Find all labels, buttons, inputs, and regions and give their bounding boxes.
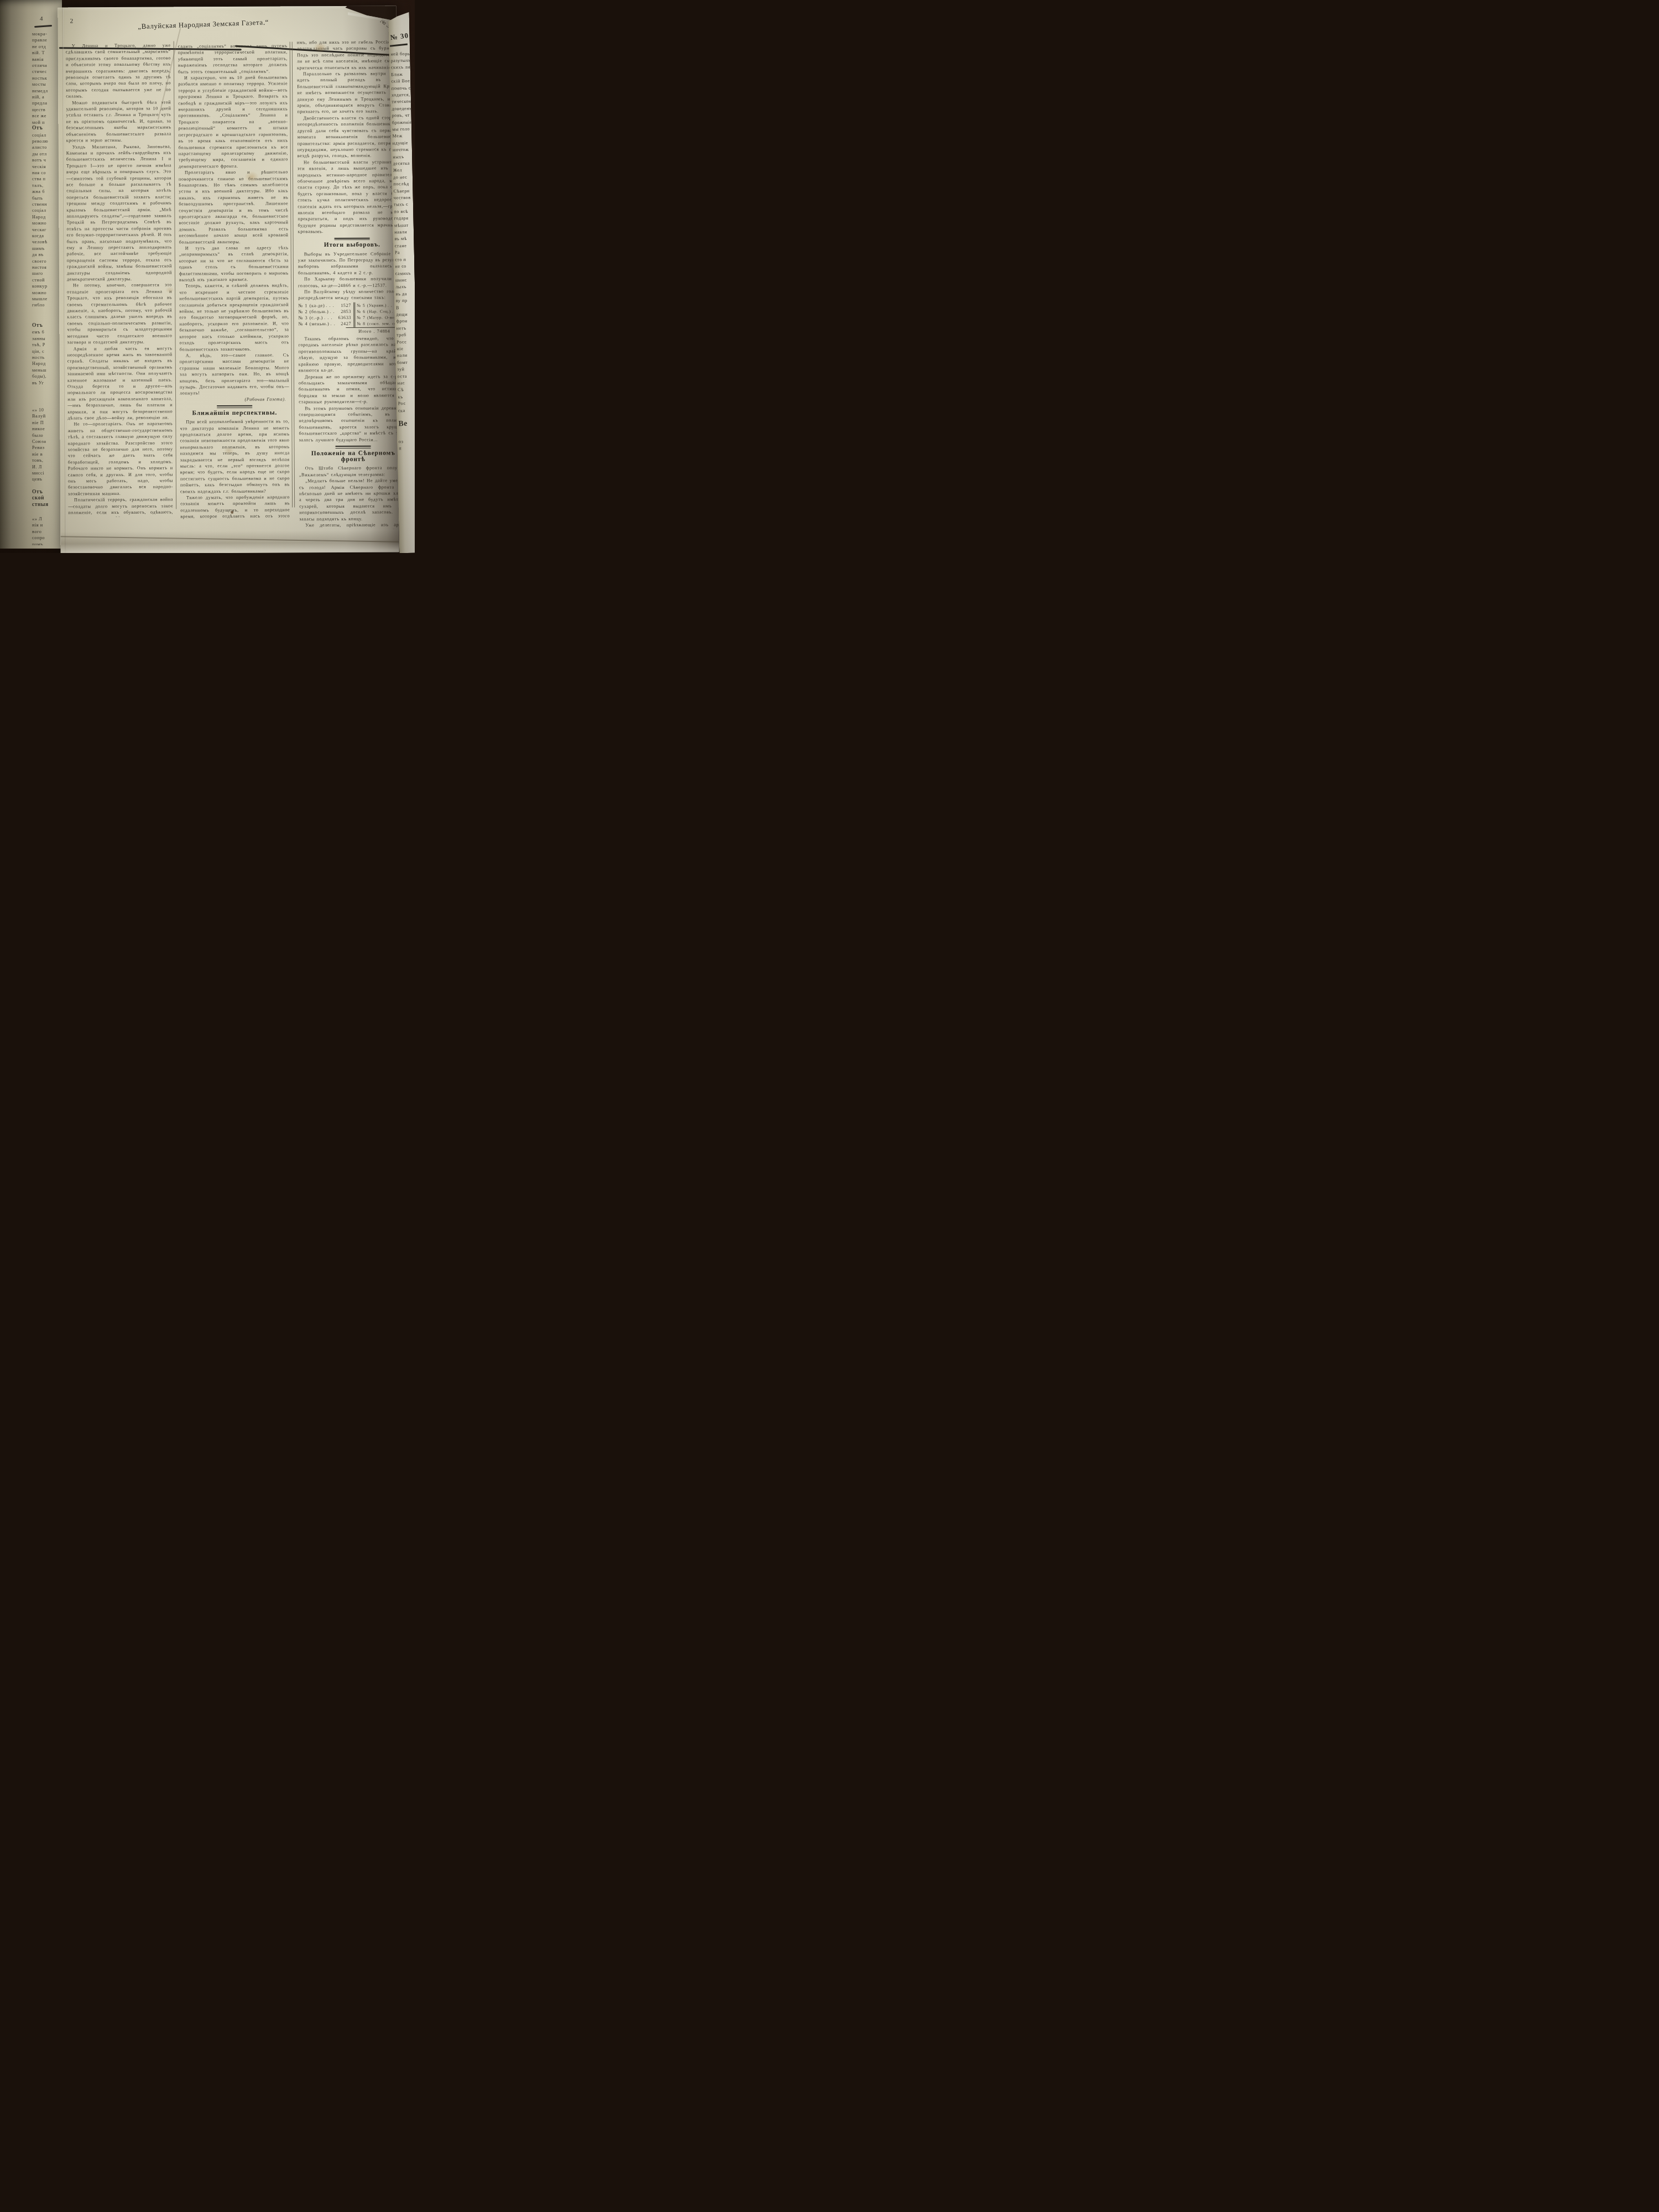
paragraph: Выборы въ Учредительное Собраніе вездѣ у… xyxy=(298,251,399,276)
column-3: имъ, ибо для нихъ это не гибель Россіи, … xyxy=(297,39,399,529)
text-fragment-line: В xyxy=(396,304,415,311)
text-fragment-line: настоя xyxy=(32,264,53,270)
text-fragment-line: Ве xyxy=(398,420,415,429)
paper-stain xyxy=(244,171,259,182)
text-fragment-line: ву пр xyxy=(396,298,415,305)
text-fragment-line: идущіе xyxy=(393,139,412,147)
text-fragment-line: револю xyxy=(32,138,53,144)
text-fragment-line: Отъ xyxy=(32,323,53,329)
table-row: № 4 (меньш.). .2427 xyxy=(298,321,351,327)
text-fragment-line: ванія xyxy=(32,56,53,62)
text-fragment-line: нія и xyxy=(32,522,53,528)
text-fragment-line: Сѣверн xyxy=(393,187,413,195)
text-fragment-line: И. Л xyxy=(32,464,53,470)
table-row: № 2 (больш.). .2853 xyxy=(298,309,351,315)
text-fragment-line: немедл xyxy=(32,88,53,94)
paragraph: Тяжело думать, что пробужденіе народнаго… xyxy=(180,494,290,520)
text-fragment-line: ска xyxy=(398,407,415,414)
text-fragment-line: лыхъ xyxy=(395,284,415,291)
paragraph: имъ, ибо для нихъ это не гибель Россіи, … xyxy=(297,39,399,71)
masthead-title: „Валуйская Народная Земская Газета.“ xyxy=(120,17,286,32)
paragraph: Пролетаріатъ явно и рѣшительно поворачив… xyxy=(179,169,289,246)
text-fragment-line: вотъ ч xyxy=(32,157,53,163)
text-fragment-line: ничтож xyxy=(393,147,412,154)
text-fragment-line: до нес xyxy=(393,174,413,181)
paragraph: При всей непоколебимой увѣренности въ то… xyxy=(180,419,290,495)
dot-leader: . . . xyxy=(324,315,332,321)
text-fragment-line: конкур xyxy=(32,283,53,289)
issue-number-rule xyxy=(390,43,408,46)
text-fragment-line: ность xyxy=(32,354,53,361)
paragraph: Не большевистской власти устранить всѣ э… xyxy=(298,159,399,235)
text-fragment-line: зуй xyxy=(397,366,415,373)
list-label: № 5 (Украин.) xyxy=(357,302,387,308)
text-fragment-line: годаря xyxy=(394,215,413,222)
text-fragment-line: Валуй xyxy=(32,413,53,419)
paper-stain xyxy=(314,43,327,53)
table-column-left: № 1 (ка-де). . .1527№ 2 (больш.). .2853№… xyxy=(298,302,351,327)
text-fragment-line: Союза xyxy=(32,439,53,445)
text-fragment-line: предла xyxy=(32,100,53,106)
paper-stain xyxy=(224,447,234,455)
text-fragment-line: все же xyxy=(32,113,53,119)
text-fragment-line: нетъ xyxy=(397,325,415,332)
text-fragment-line: отлича xyxy=(32,62,53,69)
text-fragment-line: быть xyxy=(32,195,53,201)
text-fragment-line: разутыхъ xyxy=(390,58,410,65)
page-number-rule xyxy=(34,25,52,28)
table-column-right: № 5 (Украин.). .3№ 6 (Нар. Соц.).№ 7 (Ма… xyxy=(353,302,399,327)
text-fragment-line: соціал xyxy=(32,207,53,213)
text-fragment-line: доведенъ xyxy=(392,105,411,112)
election-results-table: № 1 (ка-де). . .1527№ 2 (больш.). .2853№… xyxy=(298,302,399,327)
article-heading: Итоги выборовъ. xyxy=(298,242,399,249)
list-label: № 6 (Нар. Соц.) xyxy=(357,309,391,315)
text-fragment-line: послѣд xyxy=(393,181,413,188)
text-fragment-line: никое xyxy=(32,426,53,432)
text-fragment-line: талъ, xyxy=(32,182,53,189)
text-fragment-line: вого xyxy=(32,529,53,535)
article-heading: Ближайшія перспективы. xyxy=(180,410,289,416)
table-row: № 8 (союз. зем. соб.) xyxy=(357,321,399,327)
text-fragment-line: ческія xyxy=(32,164,53,170)
paragraph: Армія и любая часть ея могутъ неопредѣле… xyxy=(67,345,173,421)
text-fragment-line: стной xyxy=(32,277,53,283)
text-fragment-line: не отд xyxy=(32,44,53,50)
text-fragment-line: дящи xyxy=(396,311,415,319)
text-fragment-line: ровъ, чт xyxy=(392,112,411,119)
text-fragment-line: оста xyxy=(397,373,415,380)
text-fragment-line: тьѣ, Р xyxy=(32,342,53,348)
list-label: № 2 (больш.) xyxy=(298,309,328,315)
issue-number: № 30 xyxy=(390,31,410,42)
column-divider-2 xyxy=(290,41,295,507)
text-fragment-line: десятка xyxy=(393,160,412,168)
paragraph: Не потому, конечно, совершается это отпа… xyxy=(67,282,173,346)
text-fragment-line: тыхъ с xyxy=(394,201,413,208)
text-fragment-line: ственн xyxy=(32,201,53,207)
paragraph: Двойственность власти съ одной стороны и… xyxy=(297,114,399,159)
paragraph: А, вѣдь, это—самое главное. Съ пролетарс… xyxy=(180,352,289,397)
text-fragment-line: было xyxy=(32,432,53,439)
text-fragment-line: шинс xyxy=(395,277,415,284)
text-fragment-line: ная со xyxy=(32,170,53,176)
text-fragment-line: Ра xyxy=(395,249,414,257)
text-fragment-line: ніе xyxy=(397,346,415,353)
text-fragment-line: помъ xyxy=(32,541,53,545)
vote-count: 2427 xyxy=(341,321,351,327)
section-divider xyxy=(217,405,252,408)
text-fragment-line: навли xyxy=(394,229,414,236)
paragraph: Такимъ образомъ очевидно, что по городам… xyxy=(299,335,399,373)
paragraph: Деревня же по прежнему идетъ за с-р, не … xyxy=(299,373,399,405)
text-fragment-line: тическом xyxy=(392,98,411,106)
bottom-fold-crease xyxy=(60,536,399,542)
text-fragment-line: цевъ xyxy=(32,476,53,482)
text-fragment-line: ностьк xyxy=(32,75,53,81)
text-fragment-line: Народ xyxy=(32,361,53,367)
text-fragment-line: не со xyxy=(395,263,414,270)
paragraph: Можно подивиться быстротѣ бѣга этой удив… xyxy=(66,99,171,144)
table-row: № 6 (Нар. Соц.). xyxy=(357,308,399,315)
text-fragment-line: своего xyxy=(32,258,53,264)
paragraph: Параллельно съ разваломъ внутри страны и… xyxy=(297,70,399,115)
text-fragment-line: Ближ xyxy=(391,71,410,78)
paragraph: Не то—пролетаріатъ. Онъ не паразитомъ жи… xyxy=(67,421,173,497)
section-divider xyxy=(336,446,371,448)
list-label: № 1 (ка-де) xyxy=(298,302,325,309)
text-fragment-line: Меж xyxy=(392,133,411,140)
text-fragment-line: въ мѣ xyxy=(394,236,414,243)
text-fragment-line: оз xyxy=(399,439,415,446)
text-fragment-line: алисто xyxy=(32,144,53,150)
source-attribution: (Рабочая Газета). xyxy=(180,396,289,403)
text-fragment-line: мосты xyxy=(32,81,53,87)
table-total: Итого . 74884 xyxy=(346,327,399,335)
paragraph: садить „соціализмъ“ возможна лишь путемъ… xyxy=(178,43,288,75)
text-fragment-line: товъ, xyxy=(32,457,53,463)
text-fragment-line: бомт xyxy=(397,359,415,366)
text-fragment-line: треб xyxy=(397,332,415,339)
paragraph: Въ этомъ разумномъ отношеніи деревни къ … xyxy=(299,405,399,443)
text-fragment-line: Ревиз xyxy=(32,445,53,451)
paragraph: И характерно, что въ 10 дней большевизмъ… xyxy=(178,74,288,169)
vote-count: 2853 xyxy=(341,309,351,315)
text-fragment-line: соціал xyxy=(32,132,53,138)
text-fragment-line: стане xyxy=(394,242,414,249)
table-row: № 7 (Мазур. О-во) xyxy=(357,315,399,321)
text-fragment-line: мы голо xyxy=(392,126,411,133)
text-fragment-line: Рос xyxy=(398,400,415,408)
text-fragment-line: вій. Т xyxy=(32,50,53,56)
text-fragment-line: Народ xyxy=(32,214,53,220)
text-fragment-line: по всѣ xyxy=(394,208,413,215)
list-label: № 7 (Мазур. О-во) xyxy=(357,315,396,321)
column-2: садить „соціализмъ“ возможна лишь путемъ… xyxy=(178,43,290,520)
text-fragment-line: шаго xyxy=(32,270,53,276)
dot-leader: . . xyxy=(388,302,392,308)
text-fragment-line: сто п xyxy=(395,256,414,263)
text-fragment-line: ніе П xyxy=(32,420,53,426)
list-label: № 3 (с.-р.) xyxy=(298,315,323,321)
text-fragment-line: ціи, с xyxy=(32,348,53,354)
text-fragment-line: Отъ xyxy=(32,489,53,495)
column-divider-1 xyxy=(174,41,177,509)
text-fragment-line: ней борьб xyxy=(390,50,410,58)
text-fragment-line: самихъ xyxy=(395,270,415,277)
photo-of-newspaper: 4 мокра-правлене отдвій. Тваніяотличасти… xyxy=(0,0,415,553)
text-fragment-line: Росс xyxy=(397,338,415,346)
text-fragment-line: помочь с xyxy=(392,85,411,92)
text-fragment-line: миссі xyxy=(32,470,53,476)
text-fragment-line: «» Л xyxy=(32,516,53,522)
paragraph: „Медлитъ больше нельзя! Не дайте умереть… xyxy=(299,477,399,522)
newspaper-page-2: 2 „Валуйская Народная Земская Газета.“ №… xyxy=(58,6,399,553)
text-fragment-line: правле xyxy=(32,37,53,43)
text-fragment-line: нас xyxy=(398,380,415,387)
article-heading: Положеніе на Сѣверномъ фронтѣ xyxy=(299,450,399,463)
text-fragment-line: «» 10 xyxy=(32,407,53,413)
text-fragment-line: къ xyxy=(398,393,415,400)
text-fragment-line: мокра- xyxy=(32,31,53,37)
dot-leader: . xyxy=(392,308,393,314)
dot-leader: . . . xyxy=(326,302,334,309)
table-row: № 5 (Украин.). .3 xyxy=(357,302,399,309)
page-number-left: 4 xyxy=(40,15,43,22)
text-fragment-line: можно xyxy=(32,220,53,226)
vote-count: 1527 xyxy=(341,302,351,309)
paragraph: По Харькову большевики получили 2735 гол… xyxy=(298,276,399,289)
text-fragment-line: въ да xyxy=(395,290,415,298)
dot-leader: . . xyxy=(330,321,335,327)
text-fragment-line: ской xyxy=(32,495,53,502)
text-fragment-line: ныхъ xyxy=(393,153,412,160)
text-fragment-line: боды), xyxy=(32,373,53,379)
text-fragment-line: ществ xyxy=(32,107,53,113)
paragraph: Теперь, кажется, и слѣпой долженъ видѣть… xyxy=(179,283,289,353)
text-fragment-line: Жел xyxy=(393,167,413,174)
table-row: № 3 (с.-р.). . .63633 xyxy=(298,315,351,321)
text-fragment-line: занны xyxy=(32,336,53,342)
page-number: 2 xyxy=(70,18,74,24)
text-fragment-line: мѣшат xyxy=(394,222,414,229)
text-fragment-line: можно xyxy=(32,290,53,296)
text-fragment-line: мышле xyxy=(32,296,53,302)
text-fragment-line: ходится, xyxy=(392,92,411,99)
paper-stain xyxy=(165,287,174,294)
underlying-page-4: 4 мокра-правлене отдвій. Тваніяотличасти… xyxy=(0,0,62,549)
text-fragment-line: шимъ xyxy=(32,246,53,252)
paragraph: И тутъ два слова по адресу тѣхъ „неприми… xyxy=(179,244,289,283)
text-fragment-line: ческаг xyxy=(32,227,53,233)
text-fragment-line: нали xyxy=(397,352,415,359)
text-fragment-line: броженіе xyxy=(392,119,411,126)
text-fragment-line: въ Уг xyxy=(32,380,53,386)
paragraph: Отъ Штаба Сѣвернаго фронта получена „Вик… xyxy=(299,465,399,478)
paper-spot xyxy=(231,511,233,514)
text-fragment-line: п xyxy=(399,445,415,452)
paragraph: По Валуйскому уѣзду количество голосовъ … xyxy=(298,288,399,301)
text-fragment-line: емъ б xyxy=(32,329,53,335)
text-fragment-line: ній, а xyxy=(32,94,53,100)
dot-leader: . . xyxy=(330,309,335,315)
table-row: № 1 (ка-де). . .1527 xyxy=(298,302,351,309)
text-fragment-line: человѣ xyxy=(32,239,53,245)
text-fragment-line: стныя xyxy=(32,502,53,508)
text-fragment-line: Отъ xyxy=(32,126,53,132)
text-fragment-line: да въ xyxy=(32,252,53,258)
paragraph: Политическій терроръ, гражданская война—… xyxy=(68,497,173,518)
text-fragment-line: Сѣ xyxy=(398,387,415,394)
column-1: У Ленина и Троцкаго, давно уже сдѣлавших… xyxy=(66,43,173,518)
list-label: № 4 (меньш.) xyxy=(298,321,329,327)
text-fragment-line: когда xyxy=(32,233,53,239)
left-edge-text-fragments: мокра-правлене отдвій. Тваніяотличастиче… xyxy=(32,31,53,545)
section-divider xyxy=(335,237,370,240)
text-fragment-line: скій Вое xyxy=(391,78,410,85)
paragraph: Уходъ Милютина, Рыкова, Зиновьева, Камен… xyxy=(66,143,172,283)
text-fragment-line: жна б xyxy=(32,189,53,195)
vote-count: 63633 xyxy=(338,315,352,321)
paragraph: У Ленина и Троцкаго, давно уже сдѣлавших… xyxy=(66,43,171,100)
text-fragment-line: ніе в xyxy=(32,451,53,457)
text-fragment-line: меньш xyxy=(32,367,53,373)
text-fragment-line: ды отл xyxy=(32,151,53,157)
text-fragment-line: мой п xyxy=(32,119,53,126)
text-fragment-line: скихъ ли xyxy=(391,64,410,71)
paragraph: Уже делегаты, пріѣзжающіе изъ арміи, гов… xyxy=(299,521,399,529)
text-fragment-line: фрон xyxy=(396,318,415,325)
text-fragment-line: сопро xyxy=(32,535,53,541)
text-fragment-line: гибло xyxy=(32,302,53,308)
text-fragment-line: стичес xyxy=(32,69,53,75)
text-fragment-line: ства п xyxy=(32,176,53,182)
list-label: № 8 (союз. зем. соб.) xyxy=(357,321,399,327)
text-fragment-line: чествов xyxy=(394,195,413,202)
